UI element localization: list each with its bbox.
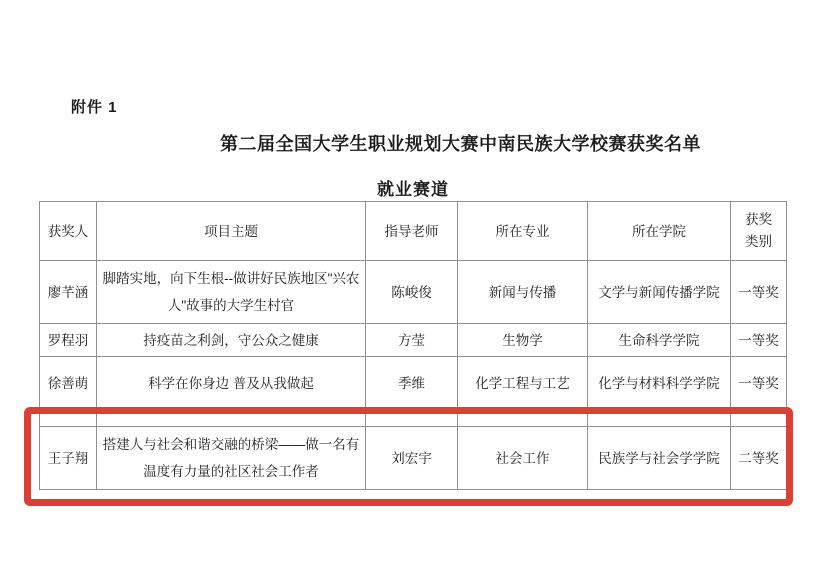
- header-project: 项目主题: [97, 202, 366, 261]
- header-college: 所在学院: [588, 202, 731, 261]
- cell-major: 生物学: [458, 324, 588, 357]
- cell-major: 社会工作: [458, 427, 588, 490]
- cell-college: 文学与新闻传播学院: [588, 261, 731, 324]
- header-row: 获奖人 项目主题 指导老师 所在专业 所在学院 获奖类别: [40, 202, 787, 261]
- cell-winner: 徐善萌: [40, 357, 97, 411]
- header-winner: 获奖人: [40, 202, 97, 261]
- cell-winner: 罗程羽: [40, 324, 97, 357]
- cell-award: 一等奖: [731, 324, 787, 357]
- spacer-cell: [97, 411, 366, 427]
- cell-project: 持疫苗之利剑，守公众之健康: [97, 324, 366, 357]
- cell-advisor: 方莹: [366, 324, 458, 357]
- header-advisor: 指导老师: [366, 202, 458, 261]
- cell-winner: 廖芊涵: [40, 261, 97, 324]
- cell-major: 化学工程与工艺: [458, 357, 588, 411]
- cell-college: 民族学与社会学学院: [588, 427, 731, 490]
- cell-advisor: 季维: [366, 357, 458, 411]
- cell-major: 新闻与传播: [458, 261, 588, 324]
- cell-award: 二等奖: [731, 427, 787, 490]
- section-title: 就业赛道: [0, 175, 826, 200]
- awards-table: 获奖人 项目主题 指导老师 所在专业 所在学院 获奖类别 廖芊涵 脚踏实地，向下…: [39, 201, 787, 490]
- header-award-category: 获奖类别: [731, 202, 787, 261]
- header-major: 所在专业: [458, 202, 588, 261]
- document-title: 第二届全国大学生职业规划大赛中南民族大学校赛获奖名单: [0, 130, 826, 156]
- document-page: 附件 1 第二届全国大学生职业规划大赛中南民族大学校赛获奖名单 就业赛道 获奖人…: [0, 0, 826, 584]
- cell-advisor: 陈峻俊: [366, 261, 458, 324]
- cell-award: 一等奖: [731, 261, 787, 324]
- spacer-cell: [458, 411, 588, 427]
- attachment-label: 附件 1: [71, 96, 118, 117]
- table-row: 罗程羽 持疫苗之利剑，守公众之健康 方莹 生物学 生命科学学院 一等奖: [40, 324, 787, 357]
- table-row: 徐善萌 科学在你身边 普及从我做起 季维 化学工程与工艺 化学与材料科学学院 一…: [40, 357, 787, 411]
- header-award-category-label: 获奖类别: [743, 209, 775, 253]
- spacer-cell: [731, 411, 787, 427]
- table-row-highlighted: 王子翔 搭建人与社会和谐交融的桥梁——做一名有温度有力量的社区社会工作者 刘宏宇…: [40, 427, 787, 490]
- spacer-row: [40, 411, 787, 427]
- spacer-cell: [588, 411, 731, 427]
- cell-award: 一等奖: [731, 357, 787, 411]
- cell-project: 脚踏实地，向下生根--做讲好民族地区"兴农人"故事的大学生村官: [97, 261, 366, 324]
- cell-project: 科学在你身边 普及从我做起: [97, 357, 366, 411]
- cell-winner: 王子翔: [40, 427, 97, 490]
- table-row: 廖芊涵 脚踏实地，向下生根--做讲好民族地区"兴农人"故事的大学生村官 陈峻俊 …: [40, 261, 787, 324]
- cell-advisor: 刘宏宇: [366, 427, 458, 490]
- cell-project: 搭建人与社会和谐交融的桥梁——做一名有温度有力量的社区社会工作者: [97, 427, 366, 490]
- spacer-cell: [366, 411, 458, 427]
- spacer-cell: [40, 411, 97, 427]
- cell-college: 生命科学学院: [588, 324, 731, 357]
- cell-college: 化学与材料科学学院: [588, 357, 731, 411]
